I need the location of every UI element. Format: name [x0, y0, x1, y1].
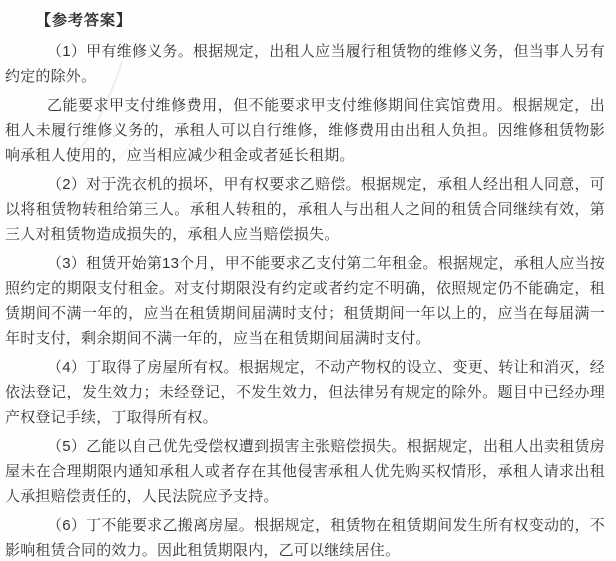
- answer-paragraph-3: （3）租赁开始第13个月，甲不能要求乙支付第二年租金。根据规定，承租人应当按照约…: [5, 251, 605, 351]
- answer-document-page: 【参考答案】 （1）甲有维修义务。根据规定，出租人应当履行租赁物的维修义务，但当…: [0, 0, 616, 561]
- answer-paragraph-6: （6）丁不能要求乙搬离房屋。根据规定，租赁物在租赁期间发生所有权变动的，不影响租…: [5, 513, 605, 561]
- answer-paragraph-4: （4）丁取得了房屋所有权。根据规定，不动产物权的设立、变更、转让和消灭，经依法登…: [5, 355, 605, 430]
- document-content: 【参考答案】 （1）甲有维修义务。根据规定，出租人应当履行租赁物的维修义务，但当…: [0, 0, 616, 561]
- answer-paragraph-1b: 乙能要求甲支付维修费用，但不能要求甲支付维修期间住宾馆费用。根据规定，出租人未履…: [5, 93, 605, 168]
- answer-paragraph-1: （1）甲有维修义务。根据规定，出租人应当履行租赁物的维修义务，但当事人另有约定的…: [5, 39, 605, 89]
- answer-paragraph-5: （5）乙能以自己优先受偿权遭到损害主张赔偿损失。根据规定，出租人出卖租赁房屋未在…: [5, 434, 605, 509]
- page-title: 【参考答案】: [36, 10, 605, 31]
- answer-paragraph-2: （2）对于洗衣机的损坏，甲有权要求乙赔偿。根据规定，承租人经出租人同意，可以将租…: [5, 172, 605, 247]
